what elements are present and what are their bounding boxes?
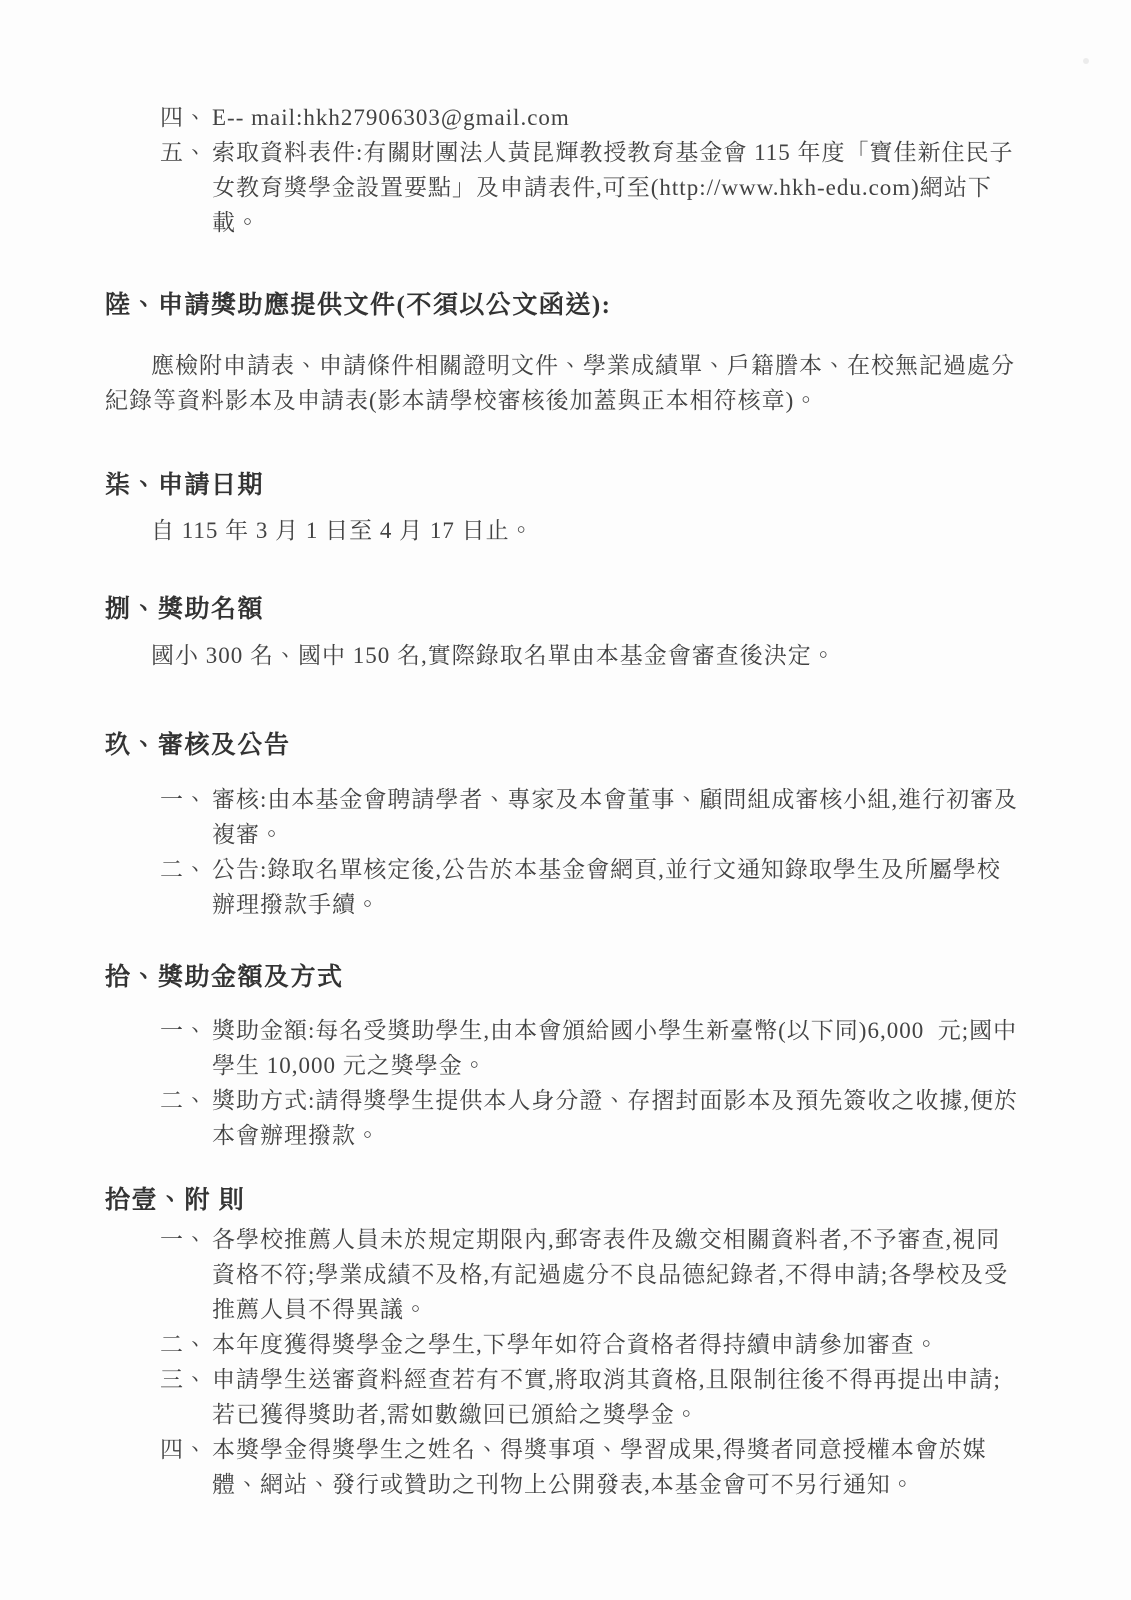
scan-artifact-dot: [1083, 58, 1089, 64]
item-text-forms: 索取資料表件:有關財團法人黃昆輝教授教育基金會 115 年度「寶佳新住民子女教育…: [212, 135, 1019, 240]
section-heading: 拾壹、附 則: [105, 1183, 1019, 1218]
item-text: 審核:由本基金會聘請學者、專家及本會董事、顧問組成審核小組,進行初審及複審。: [212, 782, 1019, 852]
list-item: 一、 各學校推薦人員未於規定期限內,郵寄表件及繳交相關資料者,不予審查,視同資格…: [160, 1222, 1019, 1327]
item-text: 本獎學金得獎學生之姓名、得獎事項、學習成果,得獎者同意授權本會於媒體、網站、發行…: [212, 1432, 1019, 1502]
section-award-amount-method: 拾、獎助金額及方式 一、 獎助金額:每名受獎助學生,由本會頒給國小學生新臺幣(以…: [105, 960, 1019, 1153]
list-item: 三、 申請學生送審資料經查若有不實,將取消其資格,且限制往後不得再提出申請;若已…: [160, 1362, 1019, 1432]
section-heading: 拾、獎助金額及方式: [105, 960, 1019, 995]
section-paragraph: 自 115 年 3 月 1 日至 4 月 17 日止。: [105, 513, 1019, 548]
scanned-document-page: 四、 E-- mail:hkh27906303@gmail.com 五、 索取資…: [0, 0, 1131, 1600]
section-heading: 陸、申請獎助應提供文件(不須以公文函送):: [105, 288, 1019, 323]
list-item: 二、 公告:錄取名單核定後,公告於本基金會網頁,並行文通知錄取學生及所屬學校辦理…: [160, 852, 1019, 922]
list-item: 四、 本獎學金得獎學生之姓名、得獎事項、學習成果,得獎者同意授權本會於媒體、網站…: [160, 1432, 1019, 1502]
section-heading: 柒、申請日期: [105, 468, 1019, 503]
item-text: 申請學生送審資料經查若有不實,將取消其資格,且限制往後不得再提出申請;若已獲得獎…: [212, 1362, 1019, 1432]
list-item: 二、 本年度獲得獎學金之學生,下學年如符合資格者得持續申請參加審查。: [160, 1327, 1019, 1362]
item-text: 本年度獲得獎學金之學生,下學年如符合資格者得持續申請參加審查。: [212, 1327, 1019, 1362]
item-number: 四、: [160, 1432, 212, 1467]
item-text: 各學校推薦人員未於規定期限內,郵寄表件及繳交相關資料者,不予審查,視同資格不符;…: [212, 1222, 1019, 1327]
item-text-email: E-- mail:hkh27906303@gmail.com: [212, 100, 1019, 135]
item-number: 一、: [160, 1222, 212, 1257]
section-heading: 玖、審核及公告: [105, 728, 1019, 763]
list-item: 一、 審核:由本基金會聘請學者、專家及本會董事、顧問組成審核小組,進行初審及複審…: [160, 782, 1019, 852]
item-number: 二、: [160, 1327, 212, 1362]
item-number: 二、: [160, 1083, 212, 1118]
list-item-email: 四、 E-- mail:hkh27906303@gmail.com: [160, 100, 1019, 135]
item-text: 獎助方式:請得獎學生提供本人身分證、存摺封面影本及預先簽收之收據,便於本會辦理撥…: [212, 1083, 1019, 1153]
list-item: 一、 獎助金額:每名受獎助學生,由本會頒給國小學生新臺幣(以下同)6,000 元…: [160, 1013, 1019, 1083]
item-number: 五、: [160, 135, 212, 170]
item-number: 二、: [160, 852, 212, 887]
section-application-date: 柒、申請日期 自 115 年 3 月 1 日至 4 月 17 日止。: [105, 468, 1019, 548]
section-item-list: 一、 獎助金額:每名受獎助學生,由本會頒給國小學生新臺幣(以下同)6,000 元…: [160, 1013, 1019, 1153]
section-documents-required: 陸、申請獎助應提供文件(不須以公文函送): 應檢附申請表、申請條件相關證明文件、…: [105, 288, 1019, 418]
section-paragraph: 應檢附申請表、申請條件相關證明文件、學業成績單、戶籍謄本、在校無記過處分紀錄等資…: [105, 348, 1019, 418]
item-text: 公告:錄取名單核定後,公告於本基金會網頁,並行文通知錄取學生及所屬學校辦理撥款手…: [212, 852, 1019, 922]
list-item-forms: 五、 索取資料表件:有關財團法人黃昆輝教授教育基金會 115 年度「寶佳新住民子…: [160, 135, 1019, 240]
item-number: 三、: [160, 1362, 212, 1397]
list-item: 二、 獎助方式:請得獎學生提供本人身分證、存摺封面影本及預先簽收之收據,便於本會…: [160, 1083, 1019, 1153]
section-supplementary-rules: 拾壹、附 則 一、 各學校推薦人員未於規定期限內,郵寄表件及繳交相關資料者,不予…: [105, 1183, 1019, 1502]
section-award-quota: 捌、獎助名額 國小 300 名、國中 150 名,實際錄取名單由本基金會審查後決…: [105, 592, 1019, 673]
item-number: 一、: [160, 1013, 212, 1048]
section-paragraph: 國小 300 名、國中 150 名,實際錄取名單由本基金會審查後決定。: [105, 638, 1019, 673]
item-number: 一、: [160, 782, 212, 817]
item-text: 獎助金額:每名受獎助學生,由本會頒給國小學生新臺幣(以下同)6,000 元;國中…: [212, 1013, 1019, 1083]
section-heading: 捌、獎助名額: [105, 592, 1019, 627]
section-item-list: 一、 各學校推薦人員未於規定期限內,郵寄表件及繳交相關資料者,不予審查,視同資格…: [160, 1222, 1019, 1502]
item-number: 四、: [160, 100, 212, 135]
contact-item-list: 四、 E-- mail:hkh27906303@gmail.com 五、 索取資…: [160, 100, 1019, 240]
section-item-list: 一、 審核:由本基金會聘請學者、專家及本會董事、顧問組成審核小組,進行初審及複審…: [160, 782, 1019, 922]
section-review-announcement: 玖、審核及公告 一、 審核:由本基金會聘請學者、專家及本會董事、顧問組成審核小組…: [105, 728, 1019, 922]
